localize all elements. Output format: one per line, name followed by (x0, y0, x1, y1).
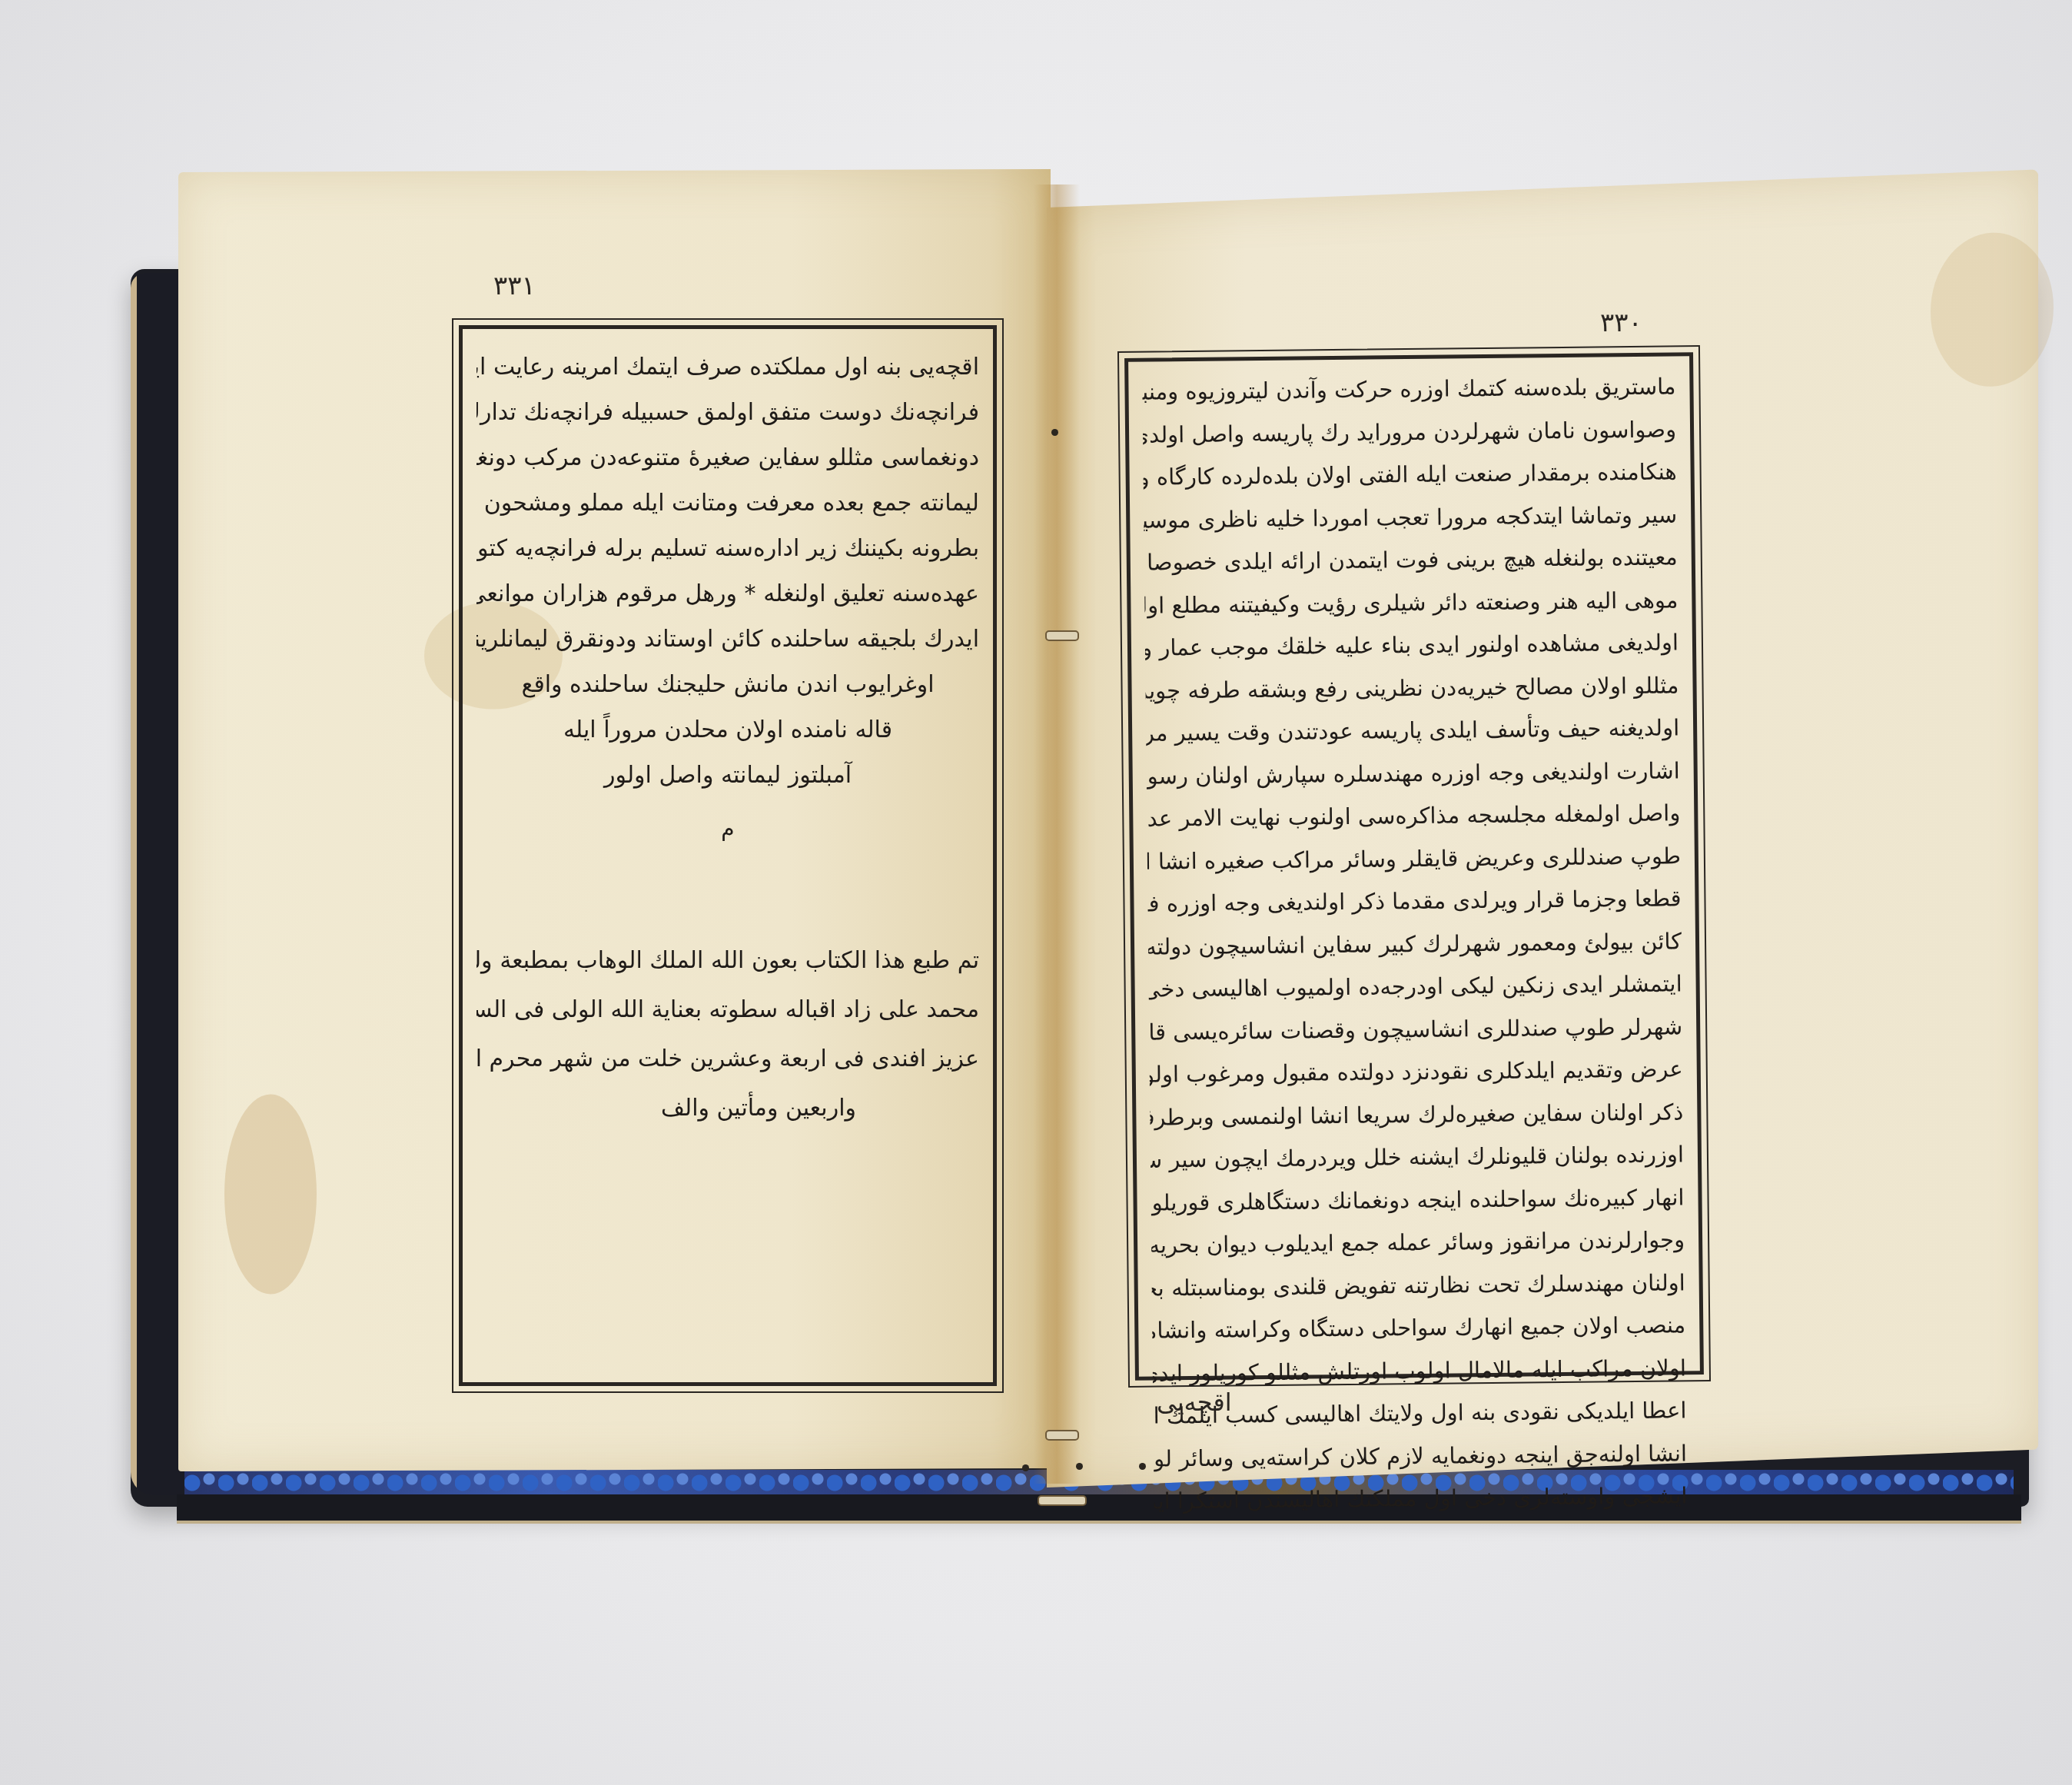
text-line: قاله نامنده اولان محلدن مروراً ایله (476, 707, 979, 753)
colophon-line: محمد علی زاد اقباله سطوته بعنایة الله ال… (476, 986, 979, 1035)
binding-thread (1045, 1430, 1079, 1441)
left-body-text: اقچه‌یی بنه اول مملکتده صرف ایتمك امرینه… (463, 344, 993, 851)
text-line: ایتمشلر ایدی زنكین لیكی اودرجه‌ده اولمیو… (1148, 962, 1682, 1011)
text-line: كائن بیولئ ومعمور شهرلرك كبیر سفاین انشا… (1148, 920, 1682, 969)
catchword: اقچه‌یی (1157, 1388, 1232, 1417)
text-line: ماستریق بلده‌سنه كتمك اوزره حركت وآندن ل… (1142, 365, 1676, 414)
text-line: فرانچه‌نك دوست متفق اولمق حسبیله فرانچه‌… (476, 390, 979, 435)
foxing-stain (1931, 231, 2054, 389)
gutter-stain (1034, 184, 1080, 1484)
cover-bottom-edge (177, 1494, 2021, 1524)
text-line: عرض وتقدیم ایلدكلری نقودنزد دولتده مقبول… (1150, 1048, 1684, 1096)
text-line: لیمانته جمع بعده معرفت ومتانت ایله مملو … (476, 480, 979, 526)
colophon-line: تم طبع هذا الكتاب بعون الله الملك الوهاب… (476, 936, 979, 986)
foxing-stain (224, 1094, 317, 1294)
text-line: بطرونه بكیننك زیر اداره‌سنه تسلیم برله ف… (476, 526, 979, 571)
text-line: منصب اولان جمیع انهارك سواحلی دستگاه وكر… (1152, 1304, 1686, 1352)
end-mark: م (476, 806, 979, 851)
text-line: واصل اولمغله مجلسجه مذاكره‌سی اولنوب نها… (1147, 792, 1681, 840)
wormhole (1051, 429, 1058, 436)
text-line: طوپ صندللری وعریض قایقلر وسائر مراكب صغی… (1147, 835, 1682, 883)
text-line: ایدرك بلجیقه ساحلنده كائن اوستاند ودونقر… (476, 617, 979, 662)
right-body-text: ماستریق بلده‌سنه كتمك اوزره حركت وآندن ل… (1128, 365, 1702, 1523)
wormhole (1022, 1464, 1029, 1471)
text-line: ذكر اولنان سفاین صغیره‌لرك سریعا انشا او… (1150, 1091, 1684, 1139)
text-line: مثللو اولان مصالح خیریه‌دن نظرینی رفع وب… (1145, 664, 1679, 713)
text-line: اولنان مهندسلرك تحت نظارتنه تفویض قلندی … (1151, 1261, 1685, 1310)
text-line: آمبلتوز لیمانته واصل اولور (476, 753, 979, 798)
left-text-frame: اقچه‌یی بنه اول مملکتده صرف ایتمك امرینه… (459, 325, 997, 1386)
text-line: سیر وتماشا ایتدكجه مرورا تعجب اموردا خلی… (1144, 494, 1678, 542)
text-line: موهی الیه هنر وصنعته دائر شیلری رؤیت وكی… (1144, 579, 1679, 627)
right-text-frame: ماستریق بلده‌سنه كتمك اوزره حركت وآندن ل… (1124, 352, 1704, 1381)
colophon: تم طبع هذا الكتاب بعون الله الملك الوهاب… (463, 936, 993, 1133)
binding-thread (1045, 630, 1079, 641)
page-number-left: ٣٣١ (493, 271, 536, 301)
binding-thread (1038, 1495, 1087, 1506)
text-line: اقچه‌یی بنه اول مملکتده صرف ایتمك امرینه… (476, 344, 979, 390)
text-line: اولدیغنه حیف وتأسف ایلدی پاریسه عودتندن … (1146, 706, 1680, 755)
text-line: اوزرنده بولنان قلیونلرك ایشنه خلل ویردرم… (1151, 1133, 1685, 1182)
text-line: ایشجی واوسته‌لری دخی اول مملكتك اهالیسند… (1154, 1474, 1688, 1523)
text-line: اعطا ایلدیكی نقودی بنه اول ولایتك اهالیس… (1153, 1389, 1687, 1438)
cover-left-edge (131, 273, 184, 1495)
text-line: دونغماسی مثللو سفاین صغیرهٔ متنوعه‌دن مر… (476, 435, 979, 480)
text-line: معیتنده بولنغله هیچ برینی فوت ایتمدن ارا… (1144, 536, 1679, 584)
colophon-line: عزیز افندی فی اربعة وعشرین خلت من شهر مح… (476, 1035, 979, 1084)
colophon-line: واربعین ومأتین والف (476, 1084, 979, 1133)
text-line: اولدیغی مشاهده اولنور ایدی بناء علیه خلق… (1145, 621, 1679, 670)
text-line: اوغرایوب اندن مانش حلیجنك ساحلنده واقع (476, 662, 979, 707)
text-line: وصواسون نامان شهرلردن مروراید رك پاریسه … (1143, 408, 1677, 457)
text-line: هنكامنده برمقدار صنعت ایله الفتی اولان ب… (1143, 450, 1677, 499)
wormhole (1076, 1463, 1083, 1470)
text-line: شهرلر طوپ صندللری انشاسیچون وقصنات سائره… (1149, 1006, 1683, 1054)
text-line: انشا اولنه‌جق اینجه دونغمایه لازم كلان ك… (1154, 1432, 1688, 1481)
text-line: وجوارلرندن مرانقوز وسائر عمله جمع ایدیلو… (1151, 1218, 1685, 1267)
text-line: اولان مراكب ایله مالامال اولوب اورتلش مث… (1153, 1347, 1687, 1395)
page-number-right: ٣٣٠ (1600, 307, 1642, 338)
text-line: عهده‌سنه تعلیق اولنغله * ورهل مرقوم هزار… (476, 571, 979, 617)
text-line: اشارت اولندیغی وجه اوزره مهندسلره سپارش … (1146, 750, 1680, 798)
text-line: قطعا وجزما قرار ویرلدی مقدما ذكر اولندیغ… (1147, 877, 1682, 926)
text-line: انهار كبیره‌نك سواحلنده اینجه دونغمانك د… (1151, 1176, 1685, 1225)
book-photograph: ٣٣١ اقچه‌یی بنه اول مملکتده صرف ایتمك ام… (0, 0, 2072, 1785)
